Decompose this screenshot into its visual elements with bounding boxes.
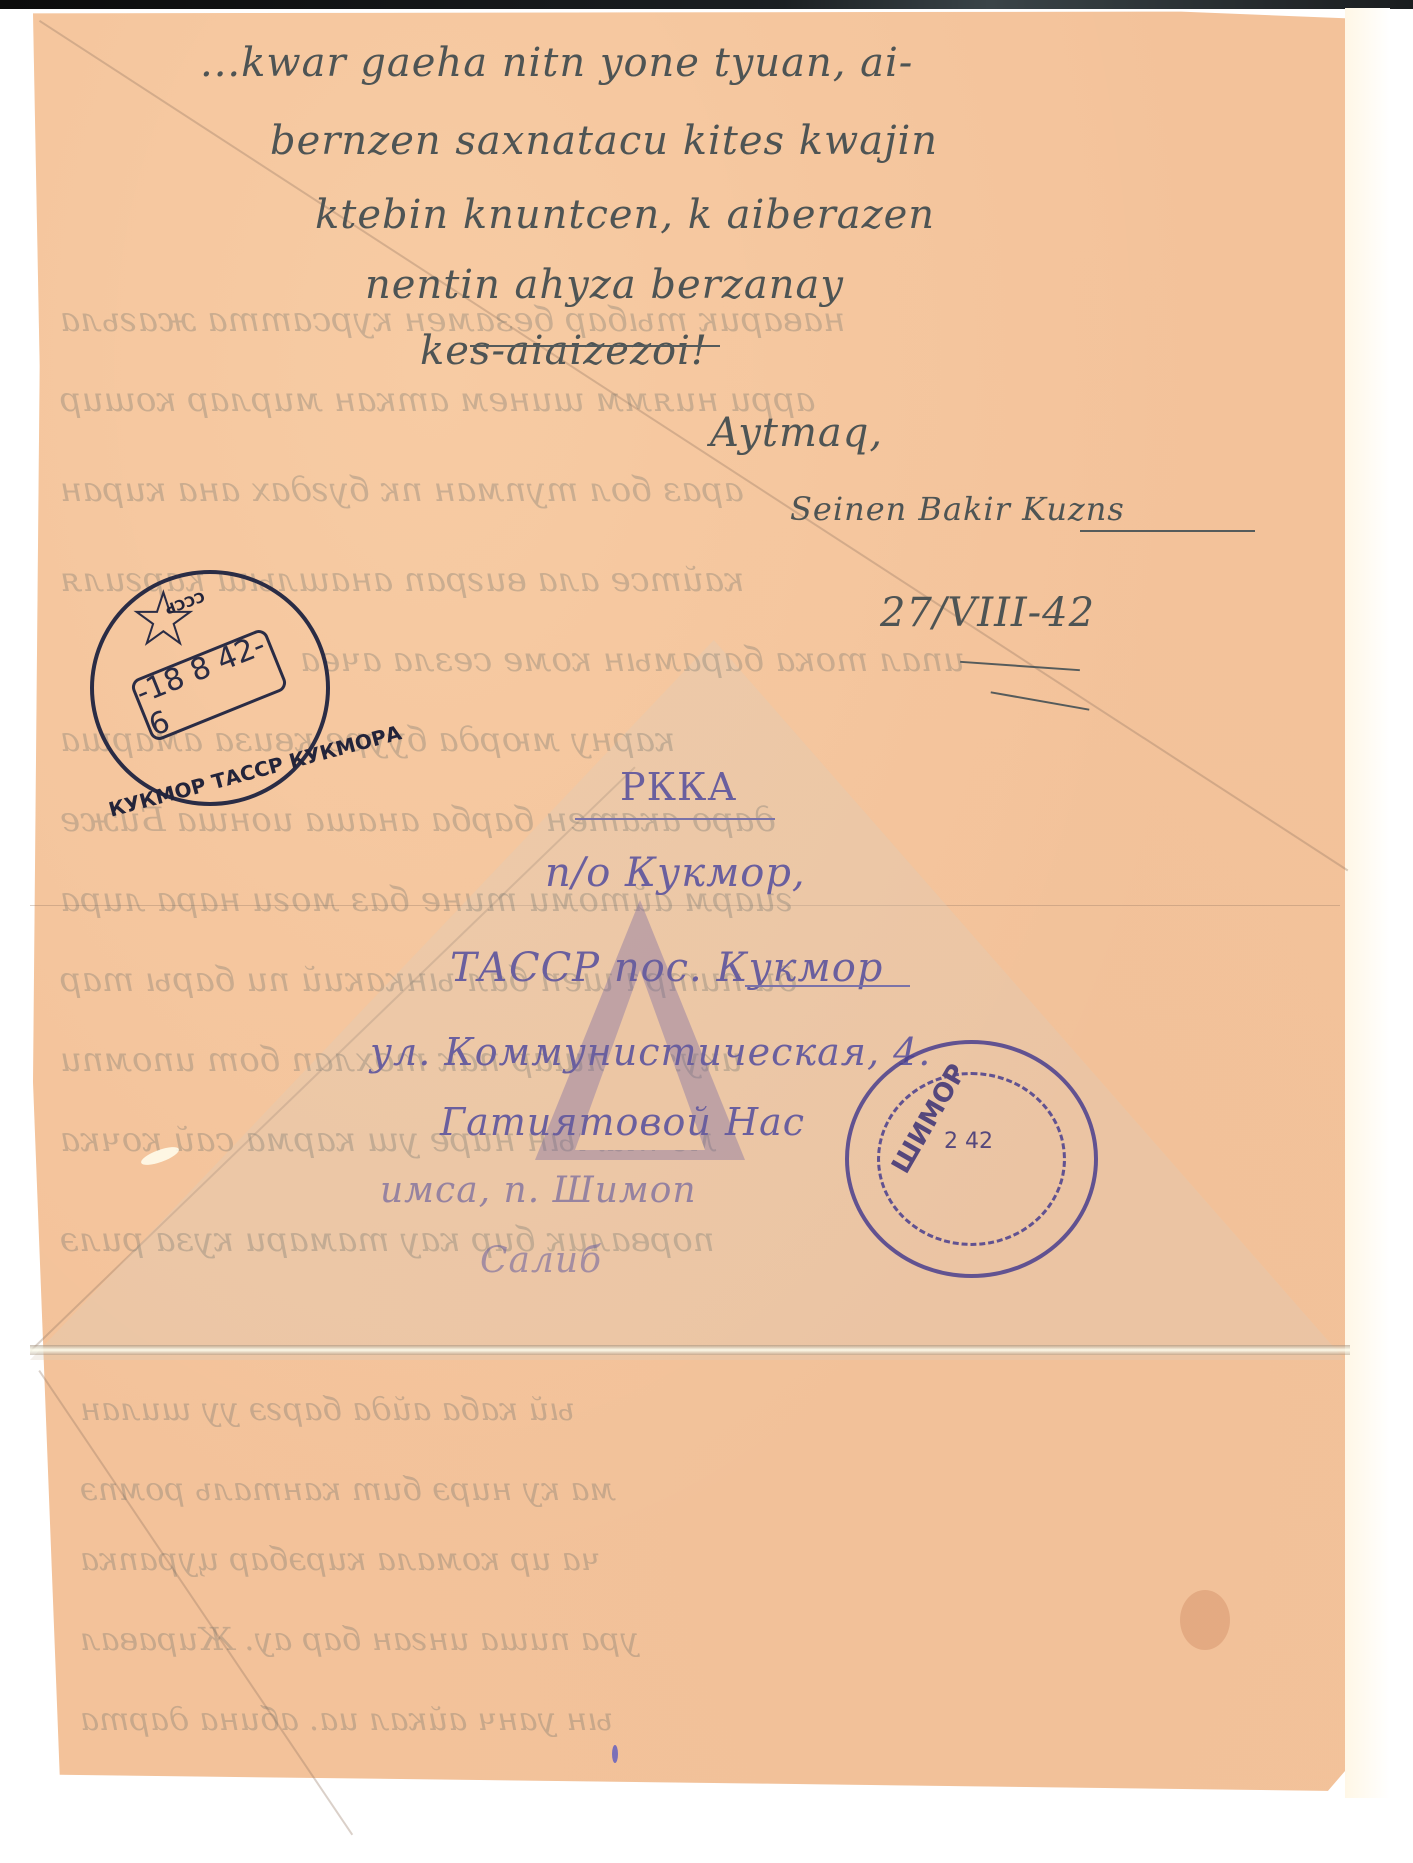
scanner-top-edge (0, 0, 1413, 9)
letter-date: 27/VIII-42 (880, 590, 1095, 636)
ink-mark (612, 1745, 618, 1763)
bleed-through-text: ма ку нирэ бит канталь ромпэ (80, 1470, 616, 1508)
address-line-5: имса, п. Шимоп (380, 1170, 697, 1211)
letter-line-1: ...kwar gaeha nitn yone tyuan, ai- (200, 40, 913, 86)
bleed-through-text: ын уанч айкал иа. абина дарта (80, 1700, 613, 1738)
bleed-through-text: араз бол тупман пк бугдах ана киран (60, 470, 744, 510)
bleed-through-text: ый каба айда баргэ уу шилан (80, 1390, 575, 1428)
bleed-through-text: порвалик бир кау тамари куза рилэ (60, 1220, 715, 1260)
address-header: РККА (620, 765, 737, 809)
bleed-through-text: ча ир комала кирэбар цурапка (80, 1540, 601, 1578)
letter-line-4: nentin ahyza berzanay (365, 262, 844, 308)
address-header-underline (575, 818, 775, 820)
stain-spot (1180, 1590, 1230, 1650)
postmark-shimor: ШИМОР 2 42 (845, 1040, 1098, 1278)
postmark-kukmor: ★ СССР -18 8 42-6 КУКМОР ТАССР КУКМОРА (90, 570, 330, 806)
paper-crease (30, 1345, 1350, 1355)
address-line-2-underline (745, 985, 910, 987)
paper-right-margin (1345, 8, 1390, 1798)
letter-signature: Seinen Bakir Kuzns (790, 490, 1125, 528)
letter-line-3: ktebin knuntcen, k aiberazen (315, 192, 935, 238)
postmark-inner-text: 2 42 (944, 1129, 993, 1154)
address-line-3: ул. Коммунистическая, 4. (370, 1030, 931, 1074)
letter-closing: Aytmaq, (710, 410, 883, 456)
letter-line-5: kes-aiaizezoi! (420, 328, 708, 374)
bleed-through-text: ипал тока барамын коме сезла ачеа (300, 640, 965, 680)
address-line-6: Салиб (480, 1240, 602, 1281)
bleed-through-text: ура пиша инган бар ау. Жиравал (80, 1620, 639, 1658)
address-line-4: Гатиятовой Нас (440, 1100, 805, 1144)
underline-line-5 (470, 345, 720, 347)
bleed-through-text: арри ниямм шинем аткан мирлар кошир (60, 380, 815, 420)
signature-underline (1080, 530, 1255, 532)
letter-line-2: bernzen saxnatacu kites kwajin (270, 118, 938, 164)
address-line-1: п/о Кукмор, (545, 850, 806, 896)
